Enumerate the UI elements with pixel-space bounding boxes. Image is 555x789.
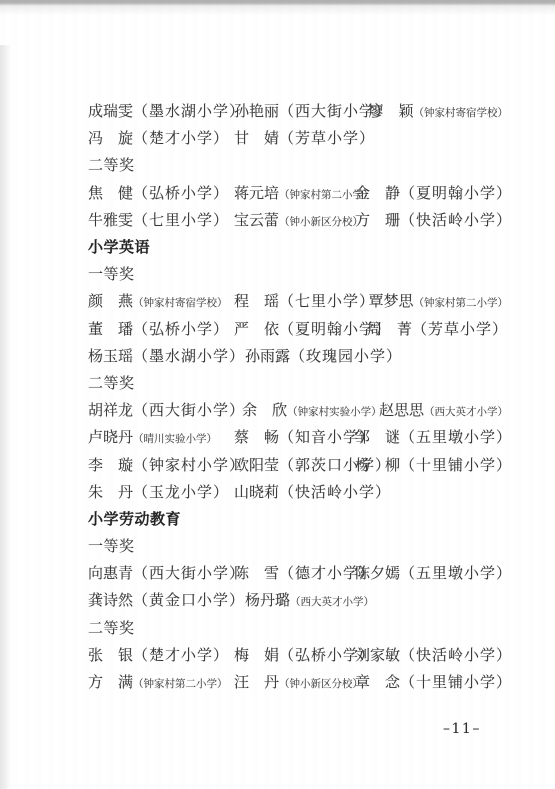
winner-name: 余 欣 <box>242 399 287 420</box>
winner-school: （快活岭小学） <box>279 481 391 502</box>
winner-school: （楚才小学） <box>133 644 229 665</box>
winner-entry: 龚诗然（黄金口小学） <box>88 589 245 610</box>
winner-name: 宝云蕾 <box>234 209 279 230</box>
winner-entry: 陈夕嫣（五里墩小学） <box>355 562 512 583</box>
winner-entry: 焦 健（弘桥小学） <box>88 182 234 203</box>
winner-school: （钟家村第二小学） <box>414 295 509 310</box>
winner-name: 方 满 <box>88 671 133 692</box>
winner-school: （快活岭小学） <box>400 644 512 665</box>
winner-entry: 刘家敏（快活岭小学） <box>355 644 512 665</box>
winner-name: 杨丹璐 <box>245 589 290 610</box>
winner-school: （西大英才小学） <box>290 594 374 609</box>
winner-school: （钟小新区分校） <box>279 214 363 229</box>
winner-entry: 孙艳丽（西大街小学） <box>234 100 368 121</box>
winner-entry: 朱 丹（玉龙小学） <box>88 481 234 502</box>
winner-name: 牛雅雯 <box>88 209 133 230</box>
winner-entry: 程 瑶（七里小学） <box>234 290 368 311</box>
winner-name: 山晓莉 <box>234 481 279 502</box>
winner-entry: 陈 雪（德才小学） <box>234 562 355 583</box>
award-list: 成瑞雯（墨水湖小学）孙艳丽（西大街小学）廖 颖（钟家村寄宿学校）冯 旋（楚才小学… <box>88 97 508 695</box>
winner-school: （西大英才小学） <box>424 404 508 419</box>
winner-entry: 冯 旋（楚才小学） <box>88 127 234 148</box>
award-entry-row: 牛雅雯（七里小学）宝云蕾（钟小新区分校）方 珊（快活岭小学） <box>88 206 508 233</box>
award-tier-label: 一等奖 <box>88 532 508 559</box>
award-entry-row: 张 银（楚才小学）梅 娟（弘桥小学）刘家敏（快活岭小学） <box>88 641 508 668</box>
winner-name: 刘家敏 <box>355 644 400 665</box>
winner-name: 卢晓丹 <box>88 426 133 447</box>
winner-school: （钟家村寄宿学校） <box>133 295 228 310</box>
winner-name: 方 珊 <box>355 209 400 230</box>
winner-name: 廖 颖 <box>368 100 413 121</box>
winner-school: （钟家村小学） <box>133 454 245 475</box>
winner-name: 赵思思 <box>379 399 424 420</box>
winner-name: 颜 燕 <box>88 290 133 311</box>
winner-name: 向惠青 <box>88 562 133 583</box>
winner-entry: 严 依（夏明翰小学） <box>234 318 367 339</box>
winner-entry: 金 静（夏明翰小学） <box>355 182 512 203</box>
winner-name: 朱 丹 <box>88 481 133 502</box>
winner-entry: 赵思思（西大英才小学） <box>379 399 508 420</box>
winner-entry: 卢晓丹（晴川实验小学） <box>88 426 234 447</box>
winner-entry: 汪 丹（钟小新区分校） <box>234 671 355 692</box>
winner-name: 陈夕嫣 <box>355 562 400 583</box>
winner-entry: 孙雨露（玫瑰园小学） <box>245 345 402 366</box>
winner-entry: 牛雅雯（七里小学） <box>88 209 234 230</box>
award-entry-row: 杨玉瑶（墨水湖小学）孙雨露（玫瑰园小学） <box>88 342 508 369</box>
award-entry-row: 焦 健（弘桥小学）蒋元培（钟家村第二小学）金 静（夏明翰小学） <box>88 179 508 206</box>
winner-name: 杨玉瑶 <box>88 345 133 366</box>
winner-entry: 向惠青（西大街小学） <box>88 562 234 583</box>
winner-entry: 胡祥龙（西大街小学） <box>88 399 242 420</box>
winner-name: 蒋元培 <box>234 182 279 203</box>
winner-name: 章 念 <box>355 671 400 692</box>
winner-entry: 余 欣（钟家村实验小学） <box>242 399 379 420</box>
winner-school: （玉龙小学） <box>133 481 229 502</box>
winner-entry: 方 珊（快活岭小学） <box>355 209 512 230</box>
award-tier-label: 二等奖 <box>88 151 508 178</box>
winner-entry: 山晓莉（快活岭小学） <box>234 481 391 502</box>
winner-entry: 杨玉瑶（墨水湖小学） <box>88 345 245 366</box>
award-entry-row: 冯 旋（楚才小学）甘 婧（芳草小学） <box>88 124 508 151</box>
winner-name: 李 璇 <box>88 454 133 475</box>
award-entry-row: 颜 燕（钟家村寄宿学校）程 瑶（七里小学）覃梦思（钟家村第二小学） <box>88 287 508 314</box>
winner-entry: 覃梦思（钟家村第二小学） <box>368 290 508 311</box>
winner-name: 汪 丹 <box>234 671 279 692</box>
winner-school: （墨水湖小学） <box>133 100 245 121</box>
winner-entry: 邹 谜（五里墩小学） <box>355 426 512 447</box>
winner-name: 甘 婧 <box>234 127 279 148</box>
award-entry-row: 向惠青（西大街小学）陈 雪（德才小学）陈夕嫣（五里墩小学） <box>88 559 508 586</box>
winner-name: 覃梦思 <box>368 290 413 311</box>
winner-school: （快活岭小学） <box>400 209 512 230</box>
winner-name: 孙雨露 <box>245 345 290 366</box>
award-tier-label: 一等奖 <box>88 260 508 287</box>
winner-school: （晴川实验小学） <box>133 431 217 446</box>
winner-entry: 甘 婧（芳草小学） <box>234 127 375 148</box>
winner-entry: 董 璠（弘桥小学） <box>88 318 234 339</box>
winner-entry: 蔡 畅（知音小学） <box>234 426 355 447</box>
winner-name: 金 静 <box>355 182 400 203</box>
award-entry-row: 卢晓丹（晴川实验小学）蔡 畅（知音小学）邹 谜（五里墩小学） <box>88 423 508 450</box>
winner-school: （西大街小学） <box>133 399 245 420</box>
winner-school: （七里小学） <box>133 209 229 230</box>
winner-entry: 蒋元培（钟家村第二小学） <box>234 182 355 203</box>
winner-school: （五里墩小学） <box>400 562 512 583</box>
winner-name: 孙艳丽 <box>234 100 279 121</box>
award-tier-label: 二等奖 <box>88 369 508 396</box>
winner-school: （钟小新区分校） <box>279 676 363 691</box>
winner-school: （钟家村第二小学） <box>133 676 228 691</box>
winner-entry: 宝云蕾（钟小新区分校） <box>234 209 355 230</box>
subject-heading: 小学劳动教育 <box>88 505 508 532</box>
winner-name: 蔡 畅 <box>234 426 279 447</box>
award-tier-label: 二等奖 <box>88 614 508 641</box>
winner-school: （七里小学） <box>279 290 375 311</box>
scan-edge-top <box>0 0 555 16</box>
winner-name: 龚诗然 <box>88 589 133 610</box>
award-entry-row: 董 璠（弘桥小学）严 依（夏明翰小学）周 菁（芳草小学） <box>88 315 508 342</box>
winner-name: 周 菁 <box>367 318 412 339</box>
winner-school: （钟家村实验小学） <box>287 404 382 419</box>
winner-entry: 方 满（钟家村第二小学） <box>88 671 234 692</box>
award-entry-row: 胡祥龙（西大街小学）余 欣（钟家村实验小学）赵思思（西大英才小学） <box>88 396 508 423</box>
winner-school: （十里铺小学） <box>400 454 512 475</box>
winner-entry: 张 银（楚才小学） <box>88 644 234 665</box>
award-entry-row: 成瑞雯（墨水湖小学）孙艳丽（西大街小学）廖 颖（钟家村寄宿学校） <box>88 97 508 124</box>
winner-school: （楚才小学） <box>133 127 229 148</box>
winner-school: （夏明翰小学） <box>400 182 512 203</box>
winner-name: 焦 健 <box>88 182 133 203</box>
winner-school: （弘桥小学） <box>133 182 229 203</box>
page-number: –11– <box>443 721 481 737</box>
winner-entry: 杨 柳（十里铺小学） <box>355 454 512 475</box>
winner-name: 董 璠 <box>88 318 133 339</box>
award-entry-row: 龚诗然（黄金口小学）杨丹璐（西大英才小学） <box>88 586 508 613</box>
winner-entry: 周 菁（芳草小学） <box>367 318 508 339</box>
winner-school: （五里墩小学） <box>400 426 512 447</box>
award-entry-row: 朱 丹（玉龙小学）山晓莉（快活岭小学） <box>88 478 508 505</box>
winner-entry: 梅 娟（弘桥小学） <box>234 644 355 665</box>
winner-name: 冯 旋 <box>88 127 133 148</box>
winner-school: （弘桥小学） <box>133 318 229 339</box>
winner-entry: 杨丹璐（西大英才小学） <box>245 589 374 610</box>
winner-entry: 章 念（十里铺小学） <box>355 671 512 692</box>
winner-name: 杨 柳 <box>355 454 400 475</box>
award-entry-row: 李 璇（钟家村小学）欧阳莹（郭茨口小学）杨 柳（十里铺小学） <box>88 450 508 477</box>
winner-name: 严 依 <box>234 318 279 339</box>
winner-school: （黄金口小学） <box>133 589 245 610</box>
scan-edge-left <box>0 45 12 789</box>
winner-entry: 成瑞雯（墨水湖小学） <box>88 100 234 121</box>
winner-name: 陈 雪 <box>234 562 279 583</box>
winner-entry: 欧阳莹（郭茨口小学） <box>234 454 355 475</box>
winner-name: 张 银 <box>88 644 133 665</box>
winner-name: 邹 谜 <box>355 426 400 447</box>
winner-entry: 颜 燕（钟家村寄宿学校） <box>88 290 234 311</box>
winner-school: （玫瑰园小学） <box>290 345 402 366</box>
subject-heading: 小学英语 <box>88 233 508 260</box>
winner-name: 欧阳莹 <box>234 454 279 475</box>
winner-school: （西大街小学） <box>133 562 245 583</box>
winner-school: （芳草小学） <box>412 318 508 339</box>
winner-school: （墨水湖小学） <box>133 345 245 366</box>
winner-name: 胡祥龙 <box>88 399 133 420</box>
winner-school: （钟家村寄宿学校） <box>414 105 509 120</box>
winner-entry: 李 璇（钟家村小学） <box>88 454 234 475</box>
winner-name: 程 瑶 <box>234 290 279 311</box>
winner-name: 梅 娟 <box>234 644 279 665</box>
winner-school: （十里铺小学） <box>400 671 512 692</box>
winner-name: 成瑞雯 <box>88 100 133 121</box>
award-entry-row: 方 满（钟家村第二小学）汪 丹（钟小新区分校）章 念（十里铺小学） <box>88 668 508 695</box>
winner-entry: 廖 颖（钟家村寄宿学校） <box>368 100 508 121</box>
winner-school: （芳草小学） <box>279 127 375 148</box>
